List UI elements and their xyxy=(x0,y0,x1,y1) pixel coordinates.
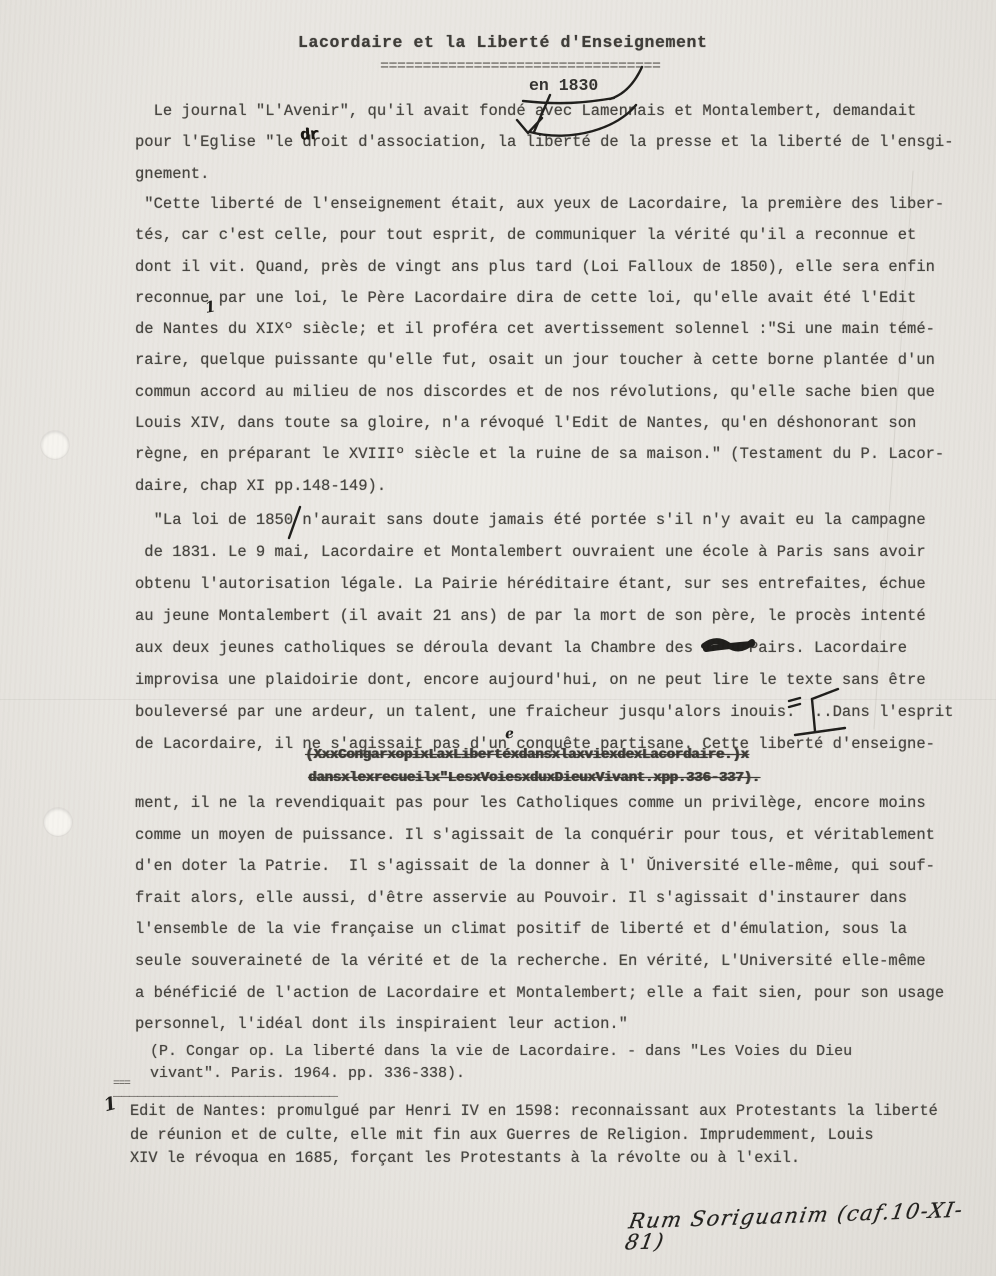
text-line: gnement. xyxy=(135,159,954,190)
body-paragraph-3-lower: ment, il ne la revendiquait pas pour les… xyxy=(135,788,944,1041)
text-line: seule souveraineté de la vérité et de la… xyxy=(135,946,944,978)
text-line: raire, quelque puissante qu'elle fut, os… xyxy=(135,345,944,376)
scanned-document-page: Lacordaire et la Liberté d'Enseignement … xyxy=(0,0,996,1276)
overtyped-correction-droit: dr xyxy=(300,126,320,145)
text-line: commun accord au milieu de nos discordes… xyxy=(135,377,944,408)
body-paragraph-3-upper: "La loi de 1850 n'aurait sans doute jama… xyxy=(135,504,954,760)
text-line: XIV le révoqua en 1685, forçant les Prot… xyxy=(130,1147,938,1171)
punch-hole-top xyxy=(41,431,69,459)
text-line: aux deux jeunes catholiques se déroula d… xyxy=(135,632,954,664)
struck-out-citation-line-1: (XxxCongarxopixLaxLibertéxdansxlaxviexde… xyxy=(305,747,749,763)
title-underline: ================================= xyxy=(380,58,661,75)
text-line: d'en doter la Patrie. Il s'agissait de l… xyxy=(135,851,944,883)
text-line: Edit de Nantes: promulgué par Henri IV e… xyxy=(130,1100,938,1124)
text-line: de Nantes du XIXº siècle; et il proféra … xyxy=(135,314,944,345)
handwritten-inserted-e: e xyxy=(504,726,515,743)
text-line: reconnue par une loi, le Père Lacordaire… xyxy=(135,283,944,314)
punch-hole-bottom xyxy=(44,808,72,836)
text-line: l'ensemble de la vie française un climat… xyxy=(135,914,944,946)
body-paragraph-2: "Cette liberté de l'enseignement était, … xyxy=(135,189,944,502)
text-line: improvisa une plaidoirie dont, encore au… xyxy=(135,664,954,696)
text-line: vivant". Paris. 1964. pp. 336-338). xyxy=(150,1063,852,1085)
text-line: obtenu l'autorisation légale. La Pairie … xyxy=(135,568,954,600)
text-line: dont il vit. Quand, près de vingt ans pl… xyxy=(135,252,944,283)
body-paragraph-1: Le journal "L'Avenir", qu'il avait fondé… xyxy=(135,96,954,190)
struck-out-citation-line-2: dansxlexrecueilx"LesxVoiesxduxDieuxVivan… xyxy=(308,770,760,786)
handwritten-signature-note: Rum Soriguanim (caf.10-XI-81) xyxy=(623,1198,996,1253)
text-line: comme un moyen de puissance. Il s'agissa… xyxy=(135,820,944,852)
text-line: frait alors, elle aussi, d'être asservie… xyxy=(135,883,944,915)
footnote-separator-line: ____________________________ xyxy=(113,1083,337,1100)
text-line: (P. Congar op. La liberté dans la vie de… xyxy=(150,1041,852,1063)
footnote-text: Edit de Nantes: promulgué par Henri IV e… xyxy=(130,1100,938,1171)
text-line: personnel, l'idéal dont ils inspiraient … xyxy=(135,1009,944,1041)
reference-citation: (P. Congar op. La liberté dans la vie de… xyxy=(150,1041,852,1084)
text-line: a bénéficié de l'action de Lacordaire et… xyxy=(135,978,944,1010)
text-line: daire, chap XI pp.148-149). xyxy=(135,471,944,502)
page-title: Lacordaire et la Liberté d'Enseignement xyxy=(298,33,708,52)
text-line: règne, en préparant le XVIIIº siècle et … xyxy=(135,439,944,470)
text-line: bouleversé par une ardeur, un talent, un… xyxy=(135,696,954,728)
text-line: au jeune Montalembert (il avait 21 ans) … xyxy=(135,600,954,632)
text-line: Louis XIV, dans toute sa gloire, n'a rév… xyxy=(135,408,944,439)
text-line: "Cette liberté de l'enseignement était, … xyxy=(135,189,944,220)
date-insertion-annotation: en 1830 xyxy=(529,76,598,95)
text-line: Le journal "L'Avenir", qu'il avait fondé… xyxy=(135,96,954,127)
text-line: tés, car c'est celle, pour tout esprit, … xyxy=(135,220,944,251)
text-line: de réunion et de culte, elle mit fin aux… xyxy=(130,1124,938,1148)
text-line: "La loi de 1850 n'aurait sans doute jama… xyxy=(135,504,954,536)
text-line: ment, il ne la revendiquait pas pour les… xyxy=(135,788,944,820)
text-line: de 1831. Le 9 mai, Lacordaire et Montale… xyxy=(135,536,954,568)
text-line: pour l'Eglise "le droit d'association, l… xyxy=(135,127,954,158)
